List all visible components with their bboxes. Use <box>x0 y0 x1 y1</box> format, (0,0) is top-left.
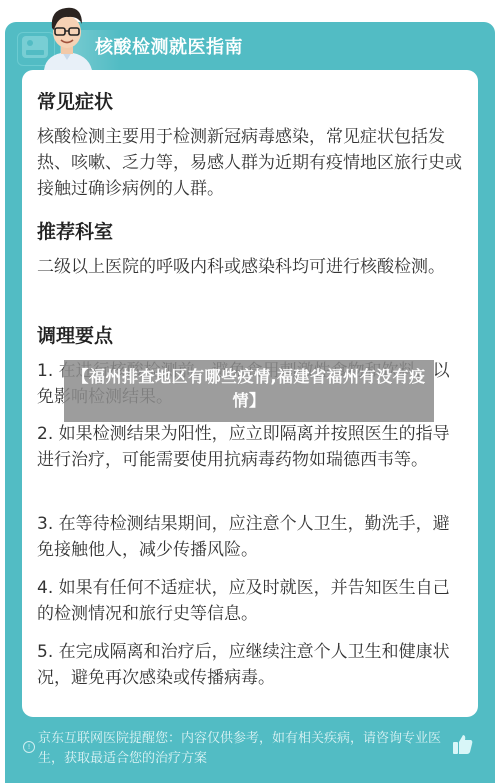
section-title-care: 调理要点 <box>37 321 113 348</box>
footer-disclaimer: 京东互联网医院提醒您：内容仅供参考，如有相关疾病，请咨询专业医生，获取最适合您的… <box>38 729 458 769</box>
info-icon: ! <box>23 741 35 753</box>
section-title-department: 推荐科室 <box>37 217 113 244</box>
section-title-symptoms: 常见症状 <box>37 87 113 114</box>
care-item-3: 3. 在等待检测结果期间，应注意个人卫生，勤洗手，避免接触他人，减少传播风险。 <box>37 511 462 563</box>
overlay-title: 【福州排查地区有哪些疫情,福建省福州有没有疫情】 <box>66 365 432 413</box>
care-item-2: 2. 如果检测结果为阳性，应立即隔离并按照医生的指导进行治疗，可能需要使用抗病毒… <box>37 421 462 473</box>
symptoms-text: 核酸检测主要用于检测新冠病毒感染，常见症状包括发热、咳嗽、乏力等，易感人群为近期… <box>37 124 462 202</box>
department-text: 二级以上医院的呼吸内科或感染科均可进行核酸检测。 <box>37 254 462 280</box>
care-item-4: 4. 如果有任何不适症状，应及时就医，并告知医生自己的检测情况和旅行史等信息。 <box>37 575 462 627</box>
thumbs-up-icon[interactable] <box>452 733 474 755</box>
doctor-avatar-icon <box>38 2 96 70</box>
care-item-5: 5. 在完成隔离和治疗后，应继续注意个人卫生和健康状况，避免再次感染或传播病毒。 <box>37 639 462 691</box>
page-title: 核酸检测就医指南 <box>95 33 243 59</box>
